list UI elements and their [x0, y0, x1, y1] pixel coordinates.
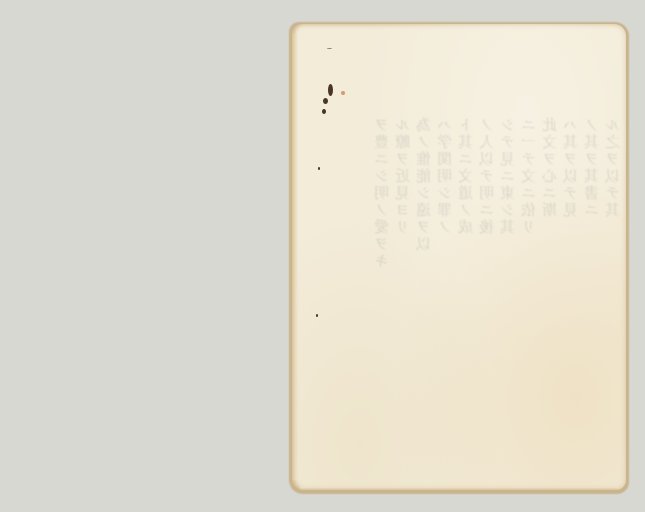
- show-through-column: ハ其ヲ以テ見: [563, 117, 580, 462]
- page-bottom-edge: [300, 487, 618, 490]
- show-through-column: ル之ヲ以テ其: [605, 117, 622, 462]
- show-through-column: 為ノ惟能シ遠ヲ以: [416, 117, 433, 462]
- show-through-column: ノ其ヲ其書ニ: [584, 117, 601, 462]
- rust-spot: [341, 91, 345, 95]
- ink-spot: [323, 98, 328, 104]
- document-page: ヲ豊ニシ明ノ愛ヲキ ル瞭ヲ近見ヨリ 為ノ惟能シ遠ヲ以 ハ学関明シ罪ノ ト其ニ文道…: [292, 24, 626, 490]
- ink-spot: [322, 109, 326, 114]
- pencil-mark: [327, 48, 332, 49]
- show-through-column: ニ一テ文ニ依リ: [521, 117, 538, 462]
- show-through-column: ハ学関明シ罪ノ: [437, 117, 454, 462]
- page-left-edge: [292, 34, 296, 480]
- show-through-column: ヲ豊ニシ明ノ愛ヲキ: [374, 117, 391, 462]
- show-through-text: ヲ豊ニシ明ノ愛ヲキ ル瞭ヲ近見ヨリ 為ノ惟能シ遠ヲ以 ハ学関明シ罪ノ ト其ニ文道…: [374, 117, 619, 462]
- show-through-column: シテ見ニ東シ其: [500, 117, 517, 462]
- ink-dot: [318, 167, 320, 170]
- show-through-column: ル瞭ヲ近見ヨリ: [395, 117, 412, 462]
- show-through-column: ノ人以テ明ニ後: [479, 117, 496, 462]
- ink-spot: [328, 84, 333, 96]
- ink-dot: [316, 314, 318, 317]
- show-through-column: ト其ニ文道ノ成: [458, 117, 475, 462]
- show-through-column: 此文ヲ心ニ斯: [542, 117, 559, 462]
